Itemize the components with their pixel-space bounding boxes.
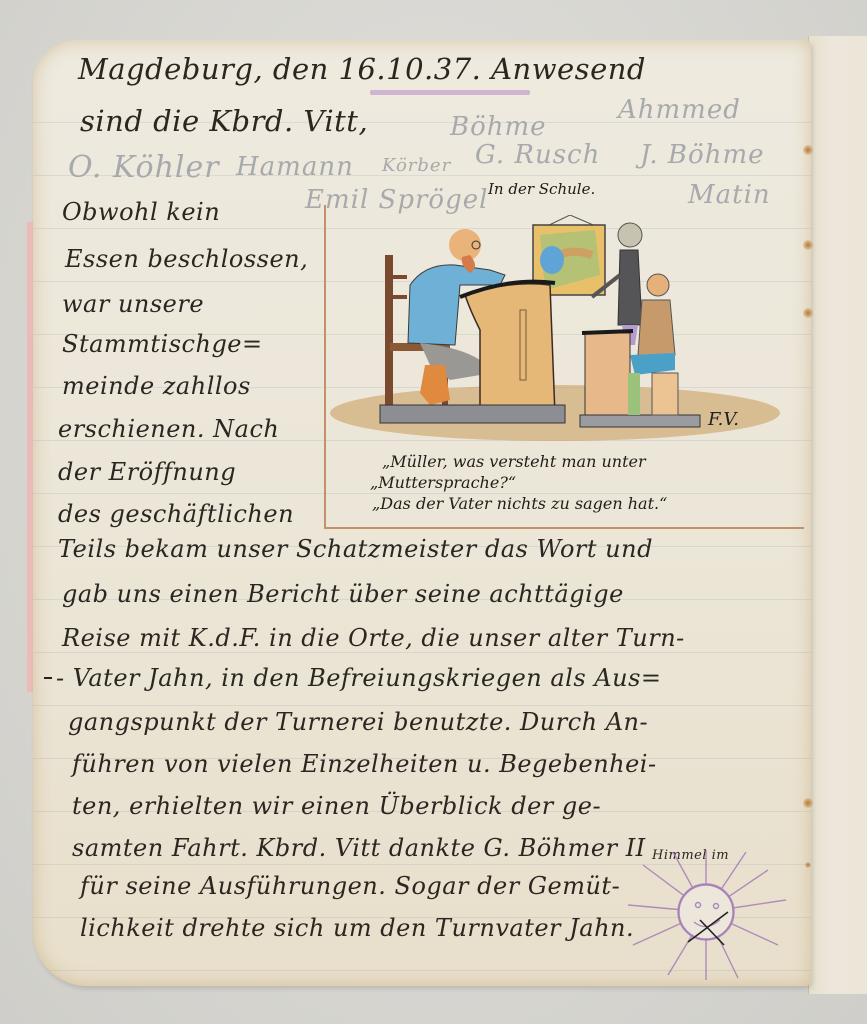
text-line: Reise mit K.d.F. in die Orte, die unser …: [62, 624, 685, 652]
pencil-name: G. Rusch: [475, 140, 600, 170]
classroom-illustration: F.V.: [330, 215, 790, 455]
pencil-name: Körber: [382, 155, 451, 176]
text-line: Essen beschlossen,: [65, 245, 308, 273]
text-line: Teils bekam unser Schatzmeister das Wort…: [58, 535, 653, 563]
pencil-name: Böhme: [450, 112, 547, 142]
initials: H: [711, 929, 713, 931]
rust-spot: [803, 145, 813, 155]
pencil-name: Ahmmed: [618, 95, 741, 125]
rust-spot: [803, 308, 813, 318]
text-line: - Vater Jahn, in den Befreiungskriegen a…: [56, 664, 662, 692]
pencil-name: Hamann: [236, 152, 354, 182]
text-line: meinde zahllos: [62, 372, 251, 400]
illustration-caption-3: „Das der Vater nichts zu sagen hat.“: [372, 494, 667, 513]
text-line: lichkeit drehte sich um den Turnvater Ja…: [80, 914, 634, 942]
margin-dash: [44, 677, 52, 679]
text-line: der Eröffnung: [58, 458, 236, 486]
sun-face-stamp-icon: H: [628, 850, 788, 980]
date-underline: [370, 90, 530, 95]
text-line: für seine Ausführungen. Sogar der Gemüt-: [80, 872, 620, 900]
text-line: samten Fahrt. Kbrd. Vitt dankte G. Böhme…: [72, 834, 646, 862]
pencil-name: J. Böhme: [640, 140, 764, 170]
text-line: gab uns einen Bericht über seine achttäg…: [62, 580, 624, 608]
heading-line-1: Magdeburg, den 16.10.37. Anwesend: [78, 52, 646, 86]
rust-spot: [803, 240, 813, 250]
heading-line-2: sind die Kbrd. Vitt,: [80, 104, 368, 138]
illustration-title: In der Schule.: [488, 180, 595, 198]
pencil-name: O. Köhler: [68, 150, 220, 185]
text-line: ten, erhielten wir einen Überblick der g…: [72, 792, 601, 820]
text-line: des geschäftlichen: [58, 500, 294, 528]
illustration-signature: F.V.: [707, 409, 739, 430]
text-line: gangspunkt der Turnerei benutzte. Durch …: [68, 708, 648, 736]
text-line: Stammtischge=: [62, 330, 263, 358]
text-line: führen von vielen Einzelheiten u. Begebe…: [72, 750, 657, 778]
illustration-caption-1: „Müller, was versteht man unter: [382, 452, 646, 471]
rust-spot: [805, 862, 811, 868]
text-line: Obwohl kein: [62, 198, 220, 226]
illustration-caption-2: „Muttersprache?“: [370, 473, 516, 492]
text-line: war unsere: [62, 290, 204, 318]
rust-spot: [803, 798, 813, 808]
facing-page-edge: [808, 36, 867, 994]
text-line: erschienen. Nach: [58, 415, 279, 443]
